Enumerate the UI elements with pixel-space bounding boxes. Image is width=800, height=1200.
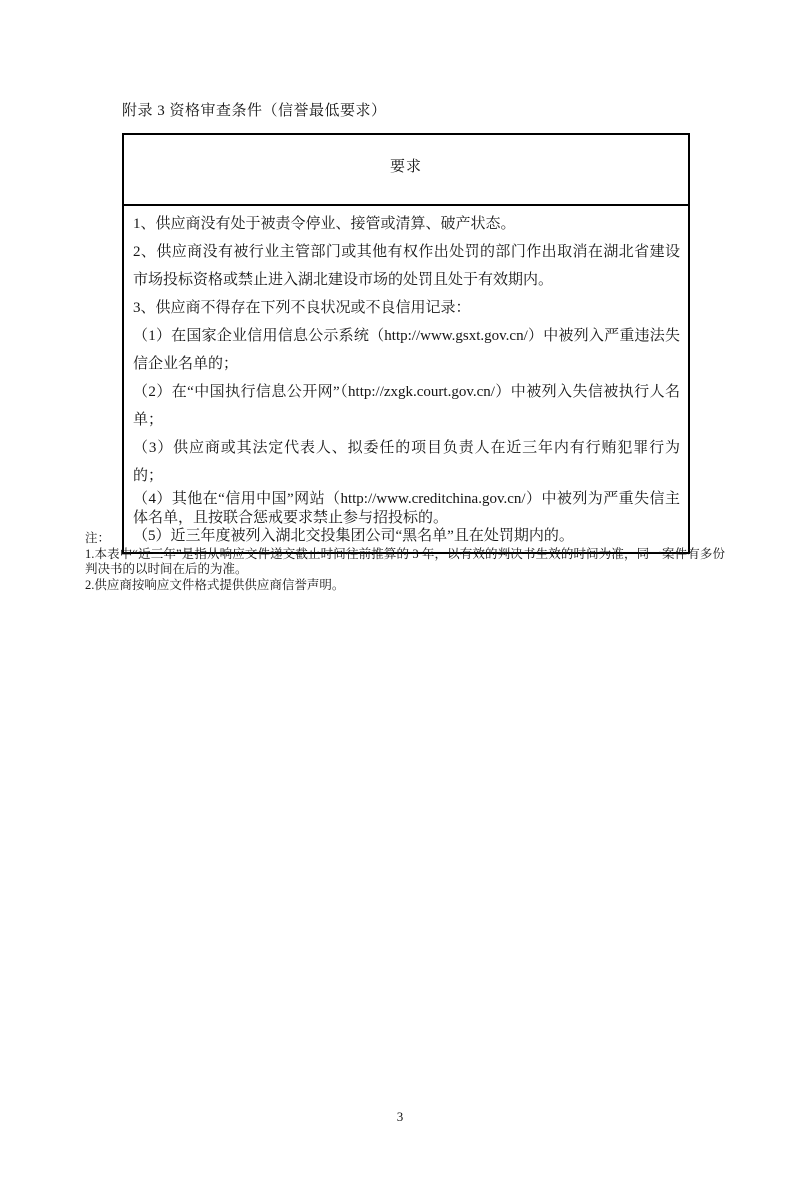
qualification-table: 要求 1、供应商没有处于被责令停业、接管或清算、破产状态。 2、供应商没有被行业… xyxy=(122,133,690,554)
requirement-row: 1、供应商没有处于被责令停业、接管或清算、破产状态。 xyxy=(133,210,680,238)
requirement-row: （4）其他在“信用中国”网站（http://www.creditchina.go… xyxy=(133,490,680,527)
requirement-row: （2）在“中国执行信息公开网”（http://zxgk.court.gov.cn… xyxy=(133,378,680,434)
table-body-cell: 1、供应商没有处于被责令停业、接管或清算、破产状态。 2、供应商没有被行业主管部… xyxy=(124,206,688,552)
requirement-row: 3、供应商不得存在下列不良状况或不良信用记录： xyxy=(133,294,680,322)
appendix-title: 附录 3 资格审查条件（信誉最低要求） xyxy=(122,99,387,120)
requirement-row: 2、供应商没有被行业主管部门或其他有权作出处罚的部门作出取消在湖北省建设市场投标… xyxy=(133,238,680,294)
notes-label: 注： xyxy=(85,531,725,547)
document-page: 附录 3 资格审查条件（信誉最低要求） 要求 1、供应商没有处于被责令停业、接管… xyxy=(0,0,800,1200)
note-item: 2.供应商按响应文件格式提供供应商信誉声明。 xyxy=(85,578,725,594)
requirement-row: （1）在国家企业信用信息公示系统（http://www.gsxt.gov.cn/… xyxy=(133,322,680,378)
requirement-row: （3）供应商或其法定代表人、拟委任的项目负责人在近三年内有行贿犯罪行为的； xyxy=(133,434,680,490)
footnotes: 注： 1.本表中“近三年”是指从响应文件递交截止时间往前推算的 3 年，以有效的… xyxy=(85,531,725,593)
page-number: 3 xyxy=(0,1109,800,1125)
note-item: 1.本表中“近三年”是指从响应文件递交截止时间往前推算的 3 年，以有效的判决书… xyxy=(85,547,725,578)
table-header-cell: 要求 xyxy=(124,135,688,206)
